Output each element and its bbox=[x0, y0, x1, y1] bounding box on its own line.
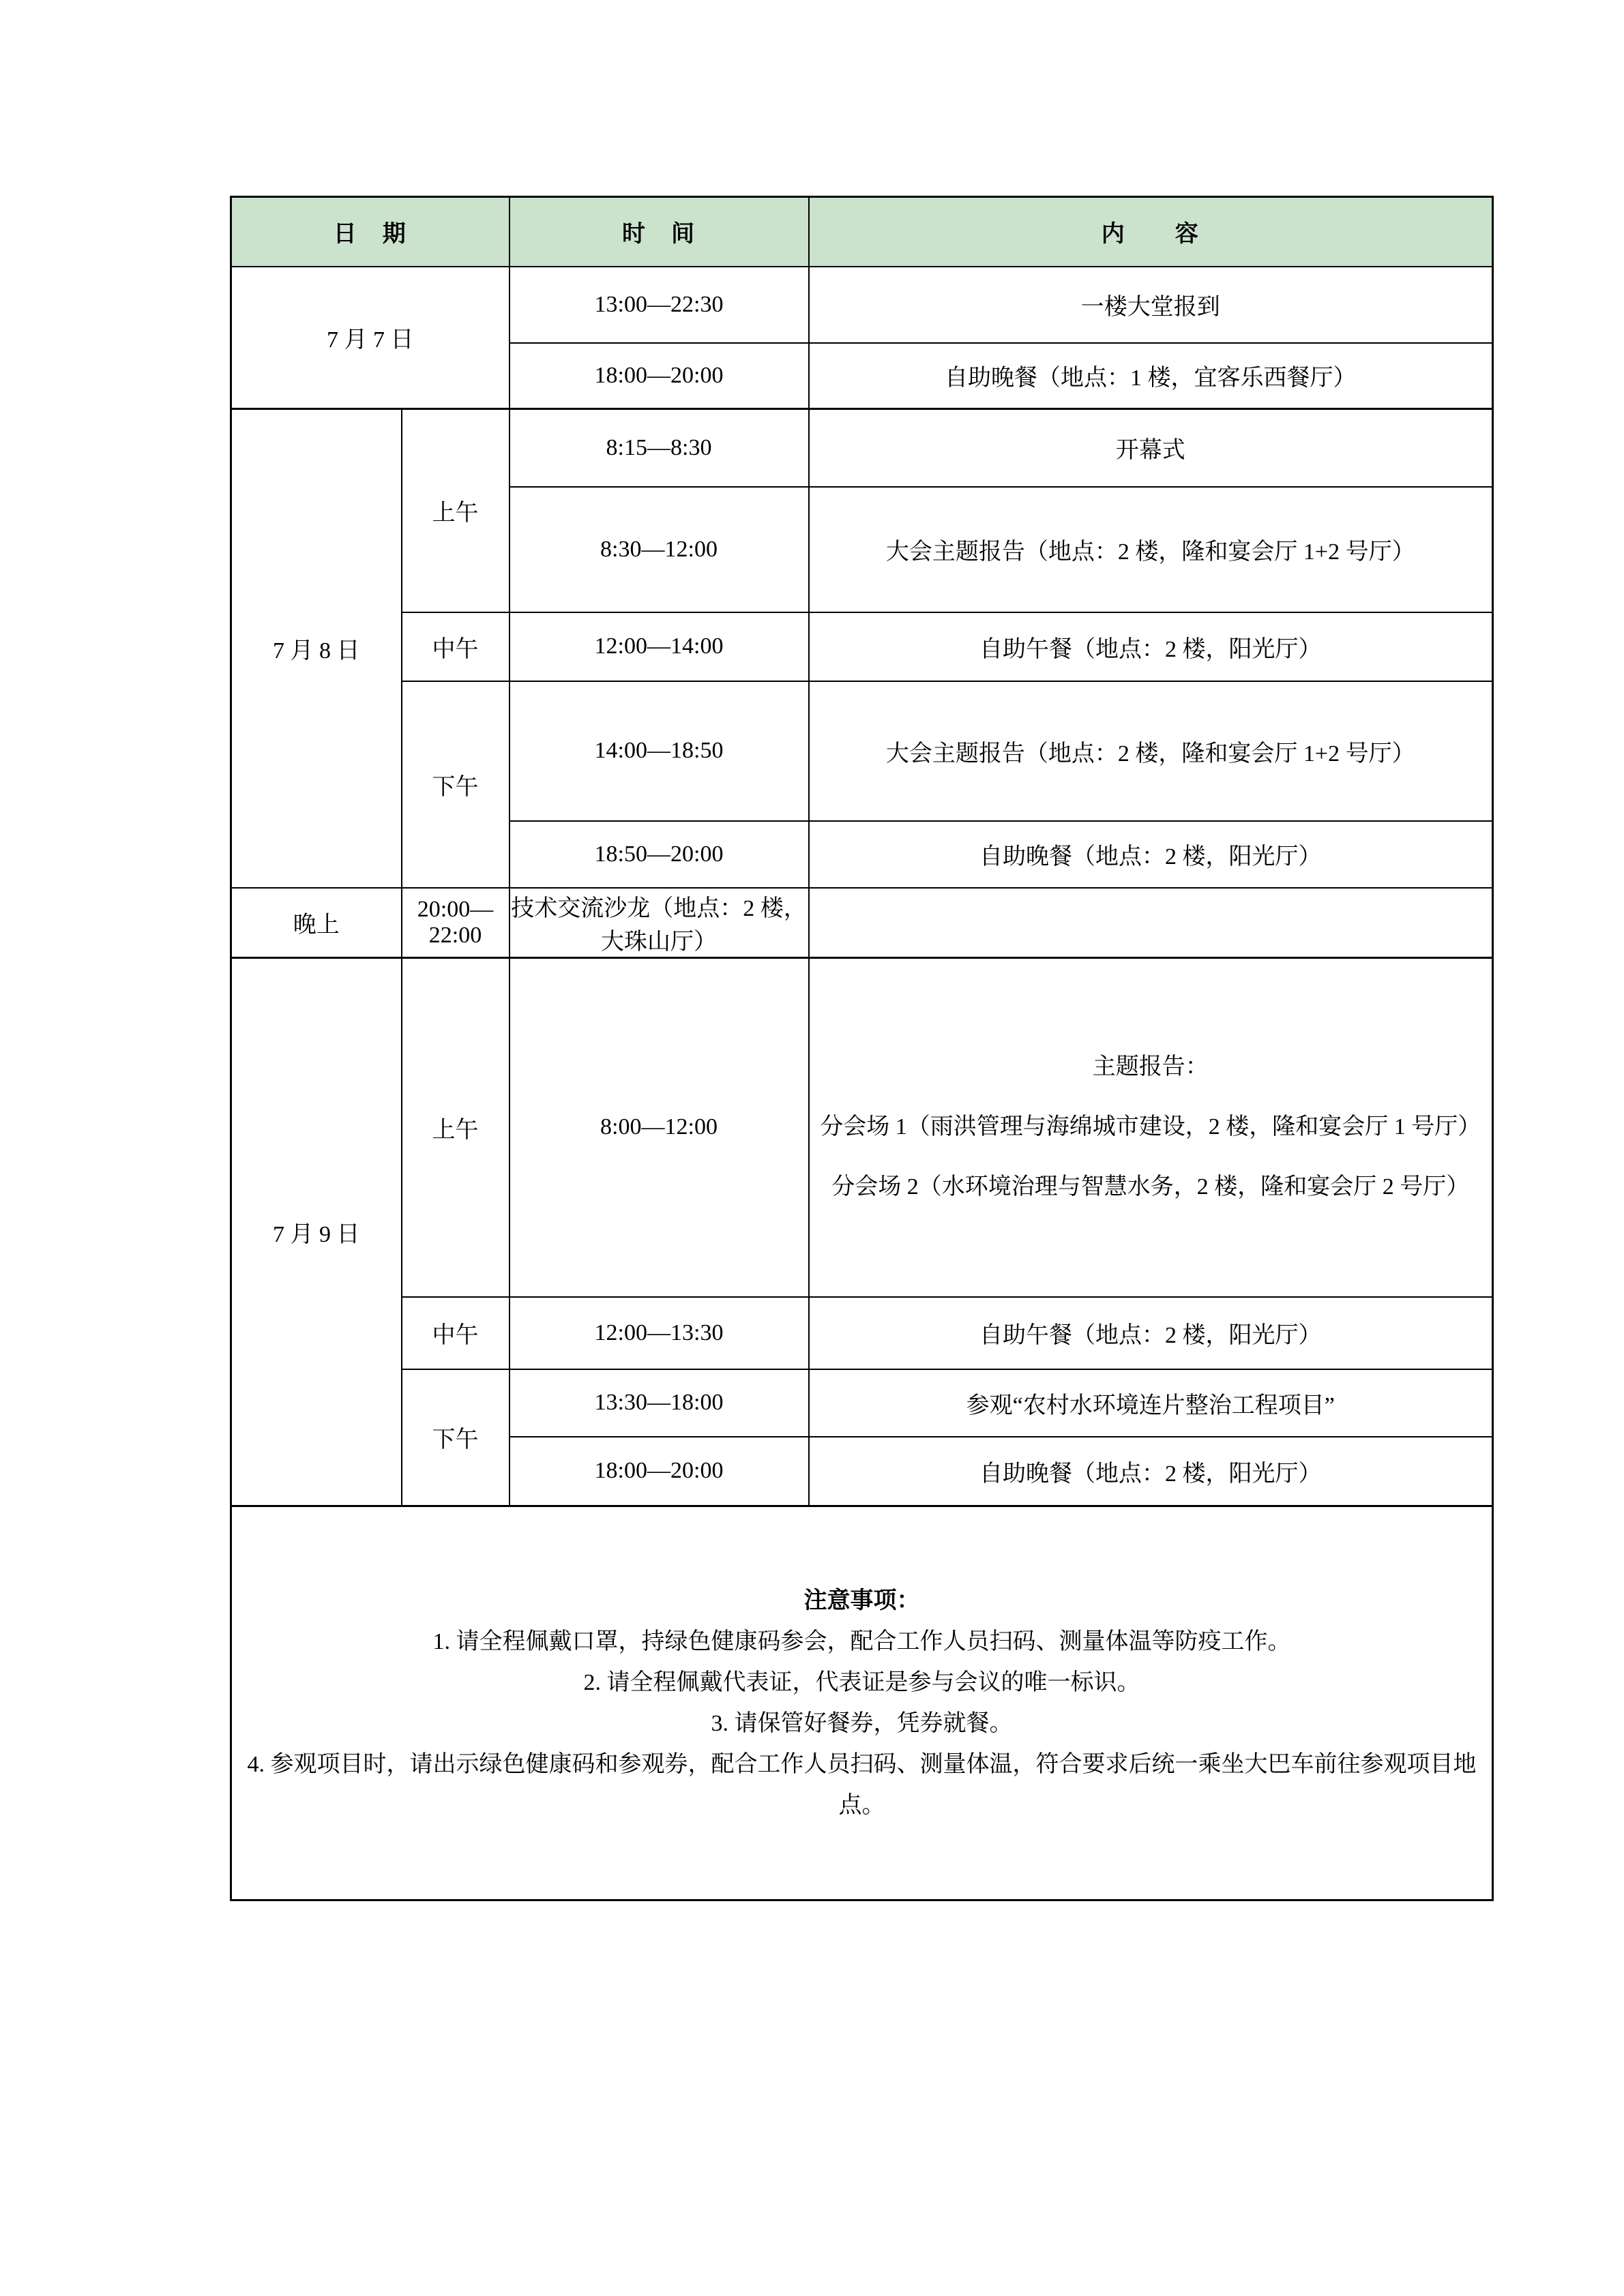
header-cell-content: 内 容 bbox=[809, 197, 1493, 267]
content-cell: 自助午餐（地点：2 楼，阳光厅） bbox=[809, 1297, 1493, 1369]
date-cell-july7: 7 月 7 日 bbox=[231, 267, 510, 409]
time-cell: 8:30—12:00 bbox=[510, 487, 809, 612]
content-cell: 大会主题报告（地点：2 楼，隆和宴会厅 1+2 号厅） bbox=[809, 487, 1493, 612]
header-cell-date: 日 期 bbox=[231, 197, 510, 267]
note-item: 3. 请保管好餐券，凭券就餐。 bbox=[232, 1703, 1492, 1744]
period-cell-afternoon: 下午 bbox=[402, 1369, 510, 1506]
note-item: 1. 请全程佩戴口罩，持绿色健康码参会，配合工作人员扫码、测量体温等防疫工作。 bbox=[232, 1622, 1492, 1663]
time-cell: 20:00—22:00 bbox=[402, 888, 510, 958]
content-cell: 一楼大堂报到 bbox=[809, 267, 1493, 343]
table-row: 7 月 9 日 上午 8:00—12:00 主题报告： 分会场 1（雨洪管理与海… bbox=[231, 958, 1493, 1297]
content-cell: 大会主题报告（地点：2 楼，隆和宴会厅 1+2 号厅） bbox=[809, 681, 1493, 821]
document-page: 日 期 时 间 内 容 7 月 7 日 13:00—22:30 一楼大堂报到 1… bbox=[0, 0, 1624, 2296]
time-cell: 12:00—14:00 bbox=[510, 612, 809, 681]
period-cell-noon: 中午 bbox=[402, 1297, 510, 1369]
notes-title: 注意事项： bbox=[232, 1581, 1492, 1622]
content-cell: 技术交流沙龙（地点：2 楼，大珠山厅） bbox=[510, 888, 809, 958]
time-cell: 8:00—12:00 bbox=[510, 958, 809, 1297]
breakout-title-line: 主题报告： bbox=[810, 1037, 1492, 1097]
notes-cell: 注意事项： 1. 请全程佩戴口罩，持绿色健康码参会，配合工作人员扫码、测量体温等… bbox=[231, 1506, 1493, 1900]
period-cell-afternoon: 下午 bbox=[402, 681, 510, 888]
period-cell-evening: 晚上 bbox=[231, 888, 402, 958]
table-row: 中午 12:00—14:00 自助午餐（地点：2 楼，阳光厅） bbox=[231, 612, 1493, 681]
period-cell-morning: 上午 bbox=[402, 958, 510, 1297]
table-row: 下午 13:30—18:00 参观“农村水环境连片整治工程项目” bbox=[231, 1369, 1493, 1437]
notes-row: 注意事项： 1. 请全程佩戴口罩，持绿色健康码参会，配合工作人员扫码、测量体温等… bbox=[231, 1506, 1493, 1900]
table-row: 7 月 7 日 13:00—22:30 一楼大堂报到 bbox=[231, 267, 1493, 343]
period-cell-morning: 上午 bbox=[402, 409, 510, 612]
content-cell: 自助晚餐（地点：2 楼，阳光厅） bbox=[809, 821, 1493, 888]
time-cell: 18:00—20:00 bbox=[510, 343, 809, 409]
date-cell-july9: 7 月 9 日 bbox=[231, 958, 402, 1506]
time-cell: 13:30—18:00 bbox=[510, 1369, 809, 1437]
header-cell-time: 时 间 bbox=[510, 197, 809, 267]
schedule-table: 日 期 时 间 内 容 7 月 7 日 13:00—22:30 一楼大堂报到 1… bbox=[230, 196, 1494, 1901]
breakout-session2-line: 分会场 2（水环境治理与智慧水务，2 楼，隆和宴会厅 2 号厅） bbox=[810, 1157, 1492, 1217]
content-cell-breakout-sessions: 主题报告： 分会场 1（雨洪管理与海绵城市建设，2 楼，隆和宴会厅 1 号厅） … bbox=[809, 958, 1493, 1297]
time-cell: 12:00—13:30 bbox=[510, 1297, 809, 1369]
time-cell: 18:50—20:00 bbox=[510, 821, 809, 888]
time-cell: 18:00—20:00 bbox=[510, 1437, 809, 1506]
note-item: 2. 请全程佩戴代表证，代表证是参与会议的唯一标识。 bbox=[232, 1663, 1492, 1703]
time-cell: 8:15—8:30 bbox=[510, 409, 809, 487]
time-cell: 13:00—22:30 bbox=[510, 267, 809, 343]
table-row: 下午 14:00—18:50 大会主题报告（地点：2 楼，隆和宴会厅 1+2 号… bbox=[231, 681, 1493, 821]
content-cell: 自助晚餐（地点：1 楼，宜客乐西餐厅） bbox=[809, 343, 1493, 409]
content-cell: 自助晚餐（地点：2 楼，阳光厅） bbox=[809, 1437, 1493, 1506]
content-cell: 参观“农村水环境连片整治工程项目” bbox=[809, 1369, 1493, 1437]
breakout-session1-line: 分会场 1（雨洪管理与海绵城市建设，2 楼，隆和宴会厅 1 号厅） bbox=[810, 1097, 1492, 1157]
content-cell: 开幕式 bbox=[809, 409, 1493, 487]
table-row: 中午 12:00—13:30 自助午餐（地点：2 楼，阳光厅） bbox=[231, 1297, 1493, 1369]
note-item: 4. 参观项目时，请出示绿色健康码和参观券，配合工作人员扫码、测量体温，符合要求… bbox=[232, 1744, 1492, 1826]
table-row: 7 月 8 日 上午 8:15—8:30 开幕式 bbox=[231, 409, 1493, 487]
time-cell: 14:00—18:50 bbox=[510, 681, 809, 821]
content-cell: 自助午餐（地点：2 楼，阳光厅） bbox=[809, 612, 1493, 681]
date-cell-july8: 7 月 8 日 bbox=[231, 409, 402, 888]
header-row: 日 期 时 间 内 容 bbox=[231, 197, 1493, 267]
table-row: 晚上 20:00—22:00 技术交流沙龙（地点：2 楼，大珠山厅） bbox=[231, 888, 1493, 958]
period-cell-noon: 中午 bbox=[402, 612, 510, 681]
